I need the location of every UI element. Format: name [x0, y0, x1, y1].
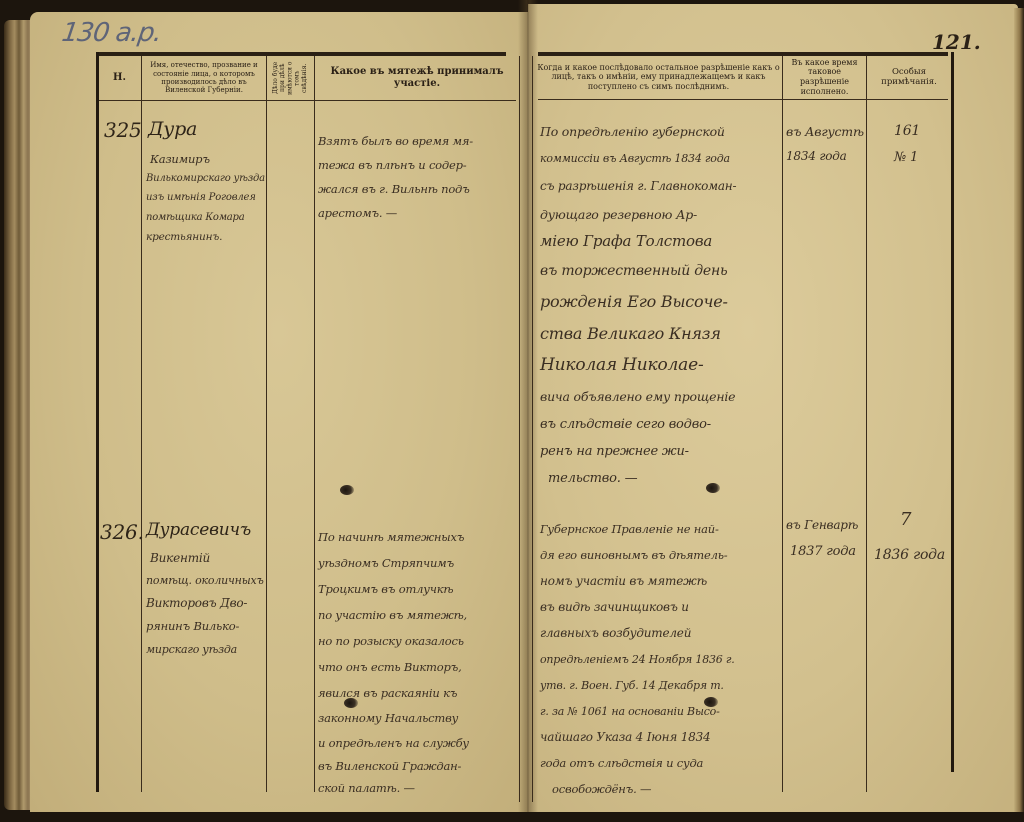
header-bottom-rule-left	[96, 100, 516, 101]
header-number: Н.	[98, 58, 141, 98]
header-executed: Въ какое время таковое разрѣшеніе исполн…	[784, 56, 865, 98]
row-325-executed-1: въ Августѣ	[786, 118, 864, 145]
row-325-number: 325	[104, 118, 142, 142]
row-325-notes-1: 161	[894, 118, 920, 145]
row-325-decision-12: ренъ на прежнее жи-	[540, 438, 689, 465]
row-326-decision-3: номъ участіи въ мятежѣ	[540, 568, 707, 595]
row-326-name-5: мирскаго уѣзда	[146, 636, 237, 663]
row-326-number: 326.	[100, 520, 144, 544]
row-326-decision-10: года отъ слѣдствія и суда	[540, 750, 703, 777]
row-326-surname: Дурасевичъ	[146, 520, 251, 540]
col-divider-7	[866, 56, 867, 792]
row-326-participation-5: но по розыску оказалось	[318, 628, 464, 655]
row-326-decision-1: Губернское Правленіе не най-	[540, 516, 719, 543]
row-326-participation-4: по участію въ мятежѣ,	[318, 602, 467, 629]
row-326-decision-8: г. за № 1061 на основаніи Высо-	[540, 698, 720, 725]
row-325-decision-11: въ слѣдствіе сего водво-	[540, 411, 711, 438]
row-326-decision-2: дя его виновнымъ въ дѣятель-	[540, 542, 728, 569]
row-326-participation-8: законному Начальству	[318, 705, 458, 732]
binding-hole	[340, 485, 354, 495]
col-divider-3	[314, 56, 315, 792]
row-325-decision-2: коммиссіи въ Августѣ 1834 года	[540, 145, 730, 172]
row-326-participation-2: уѣздномъ Стряпчимъ	[318, 550, 454, 577]
row-326-participation-6: что онъ есть Викторъ,	[318, 654, 462, 681]
row-326-decision-11: освобождёнъ. —	[552, 776, 651, 803]
binding-hole	[704, 697, 718, 707]
row-326-participation-1: По начинѣ мятежныхъ	[318, 524, 464, 551]
row-326-notes-1: 7	[900, 506, 911, 533]
header-case: Дѣло буде при дѣлѣ имѣются о томъ свѣдѣн…	[268, 57, 312, 99]
row-325-executed-2: 1834 года	[786, 143, 847, 170]
row-325-participation-4: арестомъ. —	[318, 200, 397, 227]
archive-mark: 130 a.p.	[60, 18, 163, 48]
bottom-edge	[0, 812, 1024, 822]
row-326-participation-7: явился въ раскаяніи къ	[318, 680, 457, 707]
row-326-notes-2: 1836 года	[874, 542, 945, 569]
row-325-decision-9: Николая Николае-	[540, 346, 704, 385]
header-participation: Какое въ мятежѣ принималъ участіе.	[316, 58, 518, 98]
folio-number: 121.	[932, 30, 981, 54]
col-divider-4	[519, 56, 520, 802]
row-325-decision-10: вича объявлено ему прощеніе	[540, 383, 735, 410]
row-326-participation-3: Троцкимъ въ отлучкѣ	[318, 576, 453, 603]
header-notes: Особыя примѣчанія.	[868, 56, 950, 98]
col-divider-6	[782, 56, 783, 792]
row-325-decision-13: тельство. —	[548, 465, 637, 492]
row-326-executed-1: въ Генварѣ	[786, 512, 858, 539]
row-326-decision-6: опредѣленіемъ 24 Ноября 1836 г.	[540, 646, 735, 673]
row-325-surname: Дура	[148, 118, 197, 140]
row-326-decision-9: чайшаго Указа 4 Іюня 1834	[540, 724, 710, 751]
row-325-decision-3: съ разрѣшенія г. Главнокоман-	[540, 173, 736, 200]
header-top-rule-left	[96, 52, 506, 56]
row-325-participation-3: жался въ г. Вильнѣ подъ	[318, 176, 470, 203]
col-divider-2	[266, 56, 267, 792]
row-326-executed-2: 1837 года	[790, 538, 856, 565]
binding-hole	[344, 698, 358, 708]
col-divider-5	[532, 56, 533, 802]
book-gutter	[518, 0, 538, 822]
header-decision: Когда и какое послѣдовало остальное разр…	[536, 56, 781, 98]
row-326-decision-5: главныхъ возбудителей	[540, 620, 691, 647]
row-325-name-5: крестьянинъ.	[146, 224, 222, 251]
right-page-edge	[1014, 8, 1024, 814]
row-325-notes-2: № 1	[894, 144, 918, 171]
table-left-border	[96, 52, 99, 792]
row-326-decision-4: въ видѣ зачинщиковъ и	[540, 594, 689, 621]
row-325-decision-1: По опредѣленію губернской	[540, 118, 725, 145]
row-325-participation-2: тежа въ плѣнъ и содер-	[318, 152, 466, 179]
row-326-decision-7: утв. г. Воен. Губ. 14 Декабря т.	[540, 672, 724, 699]
binding-hole	[706, 483, 720, 493]
header-bottom-rule-right	[538, 99, 948, 100]
row-326-participation-11: ской палатѣ. —	[318, 775, 415, 802]
row-325-participation-1: Взятъ былъ во время мя-	[318, 128, 473, 155]
col-divider-1	[141, 56, 142, 792]
ledger-spread: 130 a.p. 121. Н. Имя, отечество, прозван…	[0, 0, 1024, 822]
table-right-border	[951, 52, 954, 772]
header-name: Имя, отечество, прозвание и состояніе ли…	[143, 57, 265, 99]
